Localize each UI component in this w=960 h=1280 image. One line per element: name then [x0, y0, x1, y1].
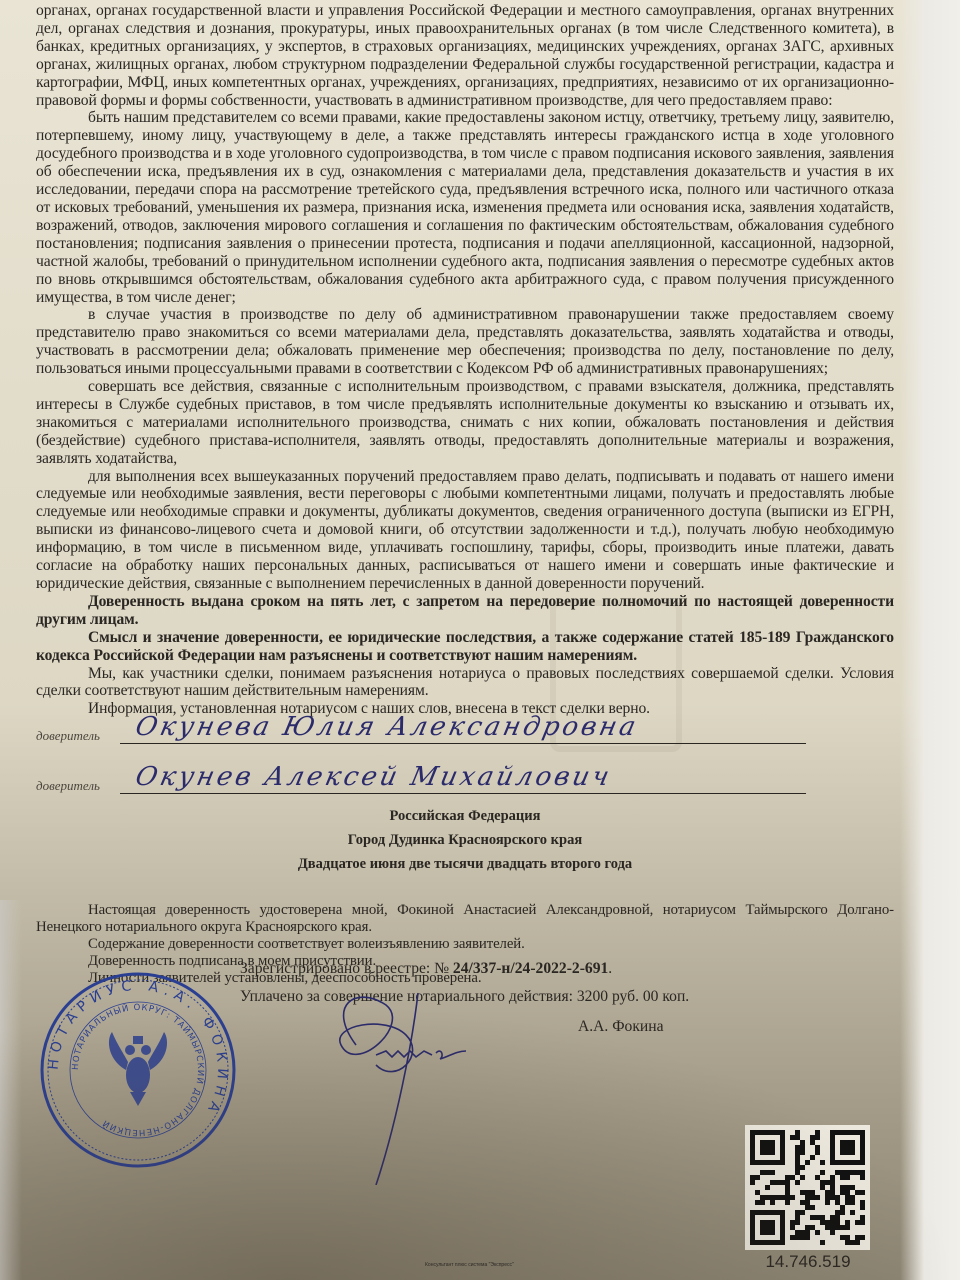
- certification-city: Город Дудинка Красноярского края: [36, 832, 894, 849]
- footer-note: Консультант плюс система "Экспресс": [425, 1262, 514, 1268]
- notary-signature: [316, 985, 536, 1185]
- qr-number: 14.746.519: [738, 1252, 878, 1272]
- table-surface: [0, 900, 22, 1280]
- notary-name: А.А. Фокина: [578, 1018, 664, 1036]
- paragraph-term: Доверенность выдана сроком на пять лет, …: [36, 593, 894, 629]
- signature-row-1: доверитель Окунева Юлия Александровна: [36, 716, 806, 746]
- document-body: органах, органах государственной власти …: [36, 2, 894, 718]
- paragraph-legal-meaning: Смысл и значение доверенности, ее юридич…: [36, 629, 894, 665]
- notary-statement: Настоящая доверенность удостоверена мной…: [36, 902, 894, 936]
- signature-line: [120, 743, 806, 744]
- paragraph-representation-rights: быть нашим представителем со всеми права…: [36, 109, 894, 306]
- handwritten-signature: Окунева Юлия Александровна: [133, 712, 641, 742]
- signature-label: доверитель: [36, 728, 100, 744]
- handwritten-signature: Окунев Алексей Михайлович: [133, 762, 615, 792]
- registry-number: 24/337-н/24-2022-2-691: [453, 960, 608, 977]
- coat-of-arms-icon: [109, 1032, 167, 1106]
- signature-label: доверитель: [36, 778, 100, 794]
- signature-line: [120, 793, 806, 794]
- registry-label: Зарегистрировано в реестре: №: [240, 960, 453, 977]
- qr-code: [745, 1125, 870, 1250]
- paragraph-enforcement: совершать все действия, связанные с испо…: [36, 378, 894, 468]
- certification-date: Двадцатое июня две тысячи двадцать второ…: [36, 856, 894, 873]
- notary-stamp: НОТАРИУС А.А. ФОКИНА НОТАРИАЛЬНЫЙ ОКРУГ:…: [38, 970, 238, 1170]
- paragraph-authorities: органах, органах государственной власти …: [36, 2, 894, 109]
- page-edge: [900, 0, 960, 1280]
- signature-row-2: доверитель Окунев Алексей Михайлович: [36, 766, 806, 796]
- registry-entry: Зарегистрировано в реестре: № 24/337-н/2…: [240, 960, 612, 978]
- notary-statement: Содержание доверенности соответствует во…: [36, 936, 894, 953]
- paragraph-general-powers: для выполнения всех вышеуказанных поруче…: [36, 468, 894, 593]
- paragraph-understanding: Мы, как участники сделки, понимаем разъя…: [36, 665, 894, 701]
- paragraph-administrative: в случае участия в производстве по делу …: [36, 306, 894, 378]
- certification-country: Российская Федерация: [36, 808, 894, 825]
